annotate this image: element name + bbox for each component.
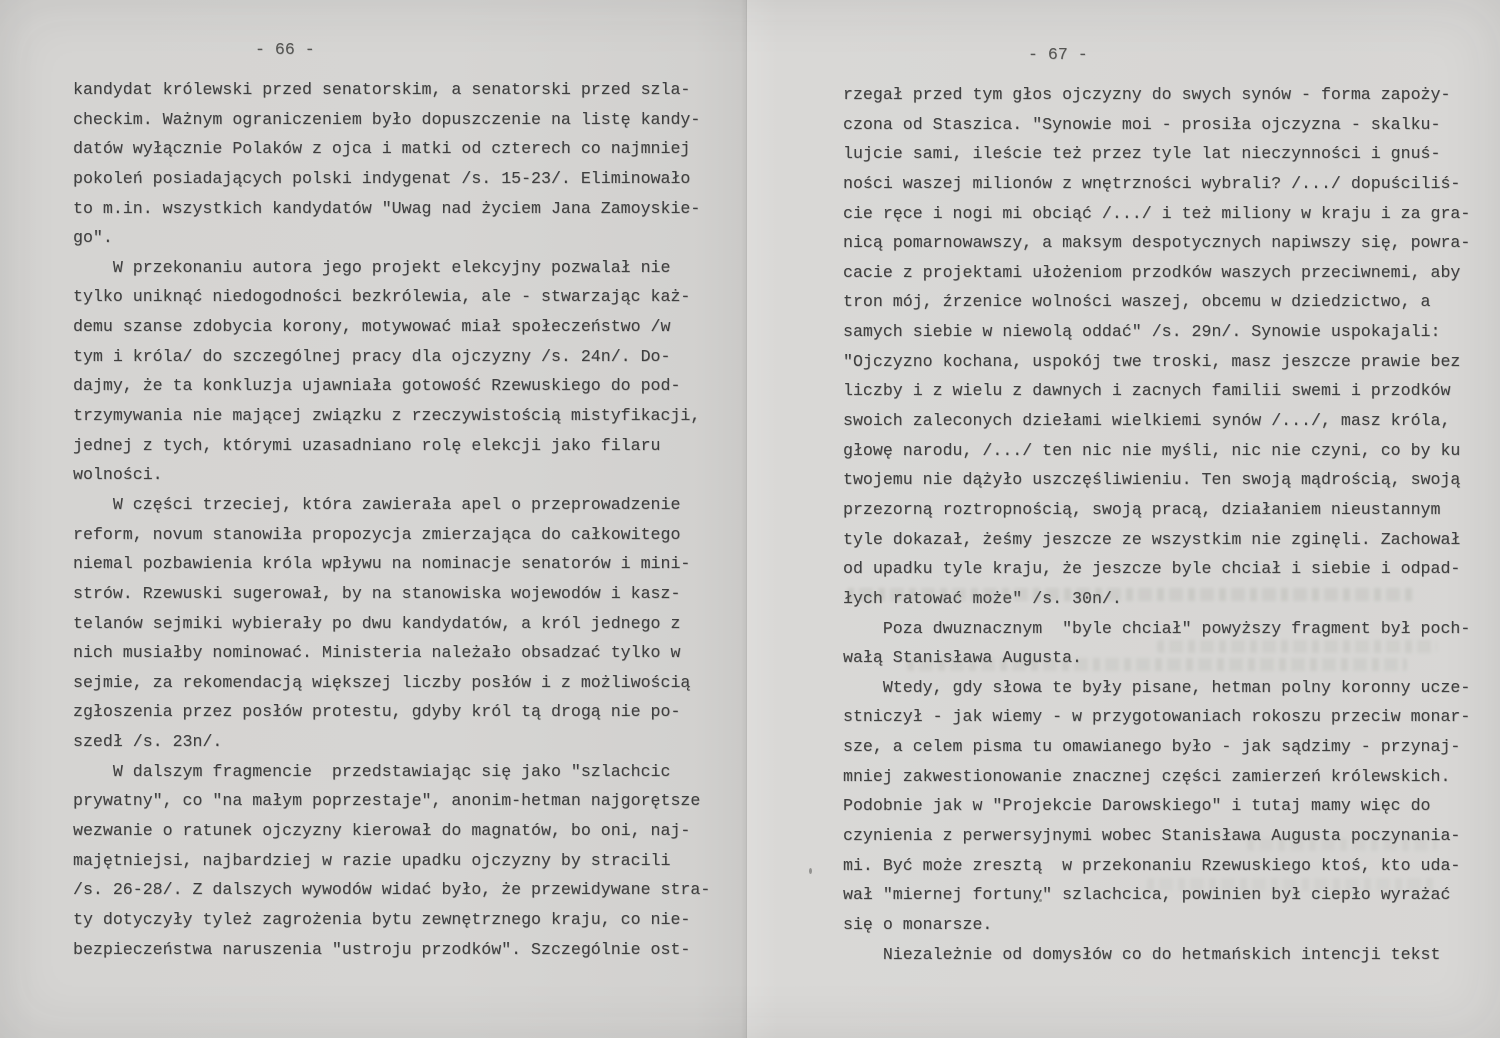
text-line: samych siebie w niewolą oddać" /s. 29n/.… <box>843 317 1493 347</box>
text-line: checkim. Ważnym ograniczeniem było dopus… <box>73 105 723 135</box>
right-page-text-block: rzegał przed tym głos ojczyzny do swych … <box>843 80 1493 969</box>
text-line: liczby i z wielu z dawnych i zacnych fam… <box>843 376 1493 406</box>
left-page-text-block: kandydat królewski przed senatorskim, a … <box>73 75 723 964</box>
text-line: tron mój, źrzenice wolności waszej, obce… <box>843 287 1493 317</box>
text-line: pokoleń posiadających polski indygenat /… <box>73 164 723 194</box>
text-line: prywatny", co "na małym poprzestaje", an… <box>73 786 723 816</box>
text-line: stniczył - jak wiemy - w przygotowaniach… <box>843 702 1493 732</box>
text-line: zgłoszenia przez posłów protestu, gdyby … <box>73 697 723 727</box>
text-line: czona od Staszica. "Synowie moi - prosił… <box>843 110 1493 140</box>
text-line: W przekonaniu autora jego projekt elekcy… <box>73 253 723 283</box>
text-line: W dalszym fragmencie przedstawiając się … <box>73 757 723 787</box>
text-line: Wtedy, gdy słowa te były pisane, hetman … <box>843 673 1493 703</box>
text-line: łych ratować może" /s. 30n/. <box>843 584 1493 614</box>
scan-speck <box>1039 899 1042 902</box>
text-line: go". <box>73 223 723 253</box>
text-line: wał "miernej fortuny" szlachcica, powini… <box>843 880 1493 910</box>
right-page: - 67 - rzegał przed tym głos ojczyzny do… <box>746 0 1500 1038</box>
text-line: tym i króla/ do szczególnej pracy dla oj… <box>73 342 723 372</box>
text-line: cacie z projektami ułożeniom przodków wa… <box>843 258 1493 288</box>
text-line: niemal pozbawienia króla wpływu na nomin… <box>73 549 723 579</box>
text-line: to m.in. wszystkich kandydatów "Uwag nad… <box>73 194 723 224</box>
text-line: wałą Stanisława Augusta. <box>843 643 1493 673</box>
text-line: W części trzeciej, która zawierała apel … <box>73 490 723 520</box>
text-line: mi. Być może zresztą w przekonaniu Rzewu… <box>843 851 1493 881</box>
text-line: majętniejsi, najbardziej w razie upadku … <box>73 846 723 876</box>
text-line: strów. Rzewuski sugerował, by na stanowi… <box>73 579 723 609</box>
text-line: sejmie, za rekomendacją większej liczby … <box>73 668 723 698</box>
text-line: się o monarsze. <box>843 910 1493 940</box>
text-line: szedł /s. 23n/. <box>73 727 723 757</box>
scan-speck <box>809 868 812 874</box>
text-line: Niezależnie od domysłów co do hetmańskic… <box>843 940 1493 970</box>
text-line: swoich zaleconych dziełami wielkiemi syn… <box>843 406 1493 436</box>
text-line: datów wyłącznie Polaków z ojca i matki o… <box>73 134 723 164</box>
text-line: ności waszej milionów z wnętrzności wybr… <box>843 169 1493 199</box>
text-line: tylko uniknąć niedogodności bezkrólewia,… <box>73 282 723 312</box>
text-line: przezorną roztropnością, swoją pracą, dz… <box>843 495 1493 525</box>
text-line: twojemu nie dążyło uszczęśliwieniu. Ten … <box>843 465 1493 495</box>
text-line: lujcie sami, ileście też przez tyle lat … <box>843 139 1493 169</box>
text-line: jednej z tych, którymi uzasadniano rolę … <box>73 431 723 461</box>
left-page: - 66 - kandydat królewski przed senators… <box>0 0 746 1038</box>
text-line: reform, novum stanowiła propozycja zmier… <box>73 520 723 550</box>
text-line: kandydat królewski przed senatorskim, a … <box>73 75 723 105</box>
text-line: nich musiałby nominować. Ministeria nale… <box>73 638 723 668</box>
text-line: rzegał przed tym głos ojczyzny do swych … <box>843 80 1493 110</box>
text-line: /s. 26-28/. Z dalszych wywodów widać był… <box>73 875 723 905</box>
left-page-number: - 66 - <box>255 40 315 59</box>
text-line: demu szanse zdobycia korony, motywować m… <box>73 312 723 342</box>
text-line: sze, a celem pisma tu omawianego było - … <box>843 732 1493 762</box>
text-line: wezwanie o ratunek ojczyzny kierował do … <box>73 816 723 846</box>
text-line: wolności. <box>73 460 723 490</box>
right-page-number: - 67 - <box>1028 45 1088 64</box>
text-line: telanów sejmiki wybierały po dwu kandyda… <box>73 609 723 639</box>
text-line: Poza dwuznacznym "byle chciał" powyższy … <box>843 614 1493 644</box>
text-line: "Ojczyzno kochana, uspokój twe troski, m… <box>843 347 1493 377</box>
text-line: czynienia z perwersyjnymi wobec Stanisła… <box>843 821 1493 851</box>
text-line: mniej zakwestionowanie znacznej części z… <box>843 762 1493 792</box>
text-line: tyle dokazał, żeśmy jeszcze ze wszystkim… <box>843 525 1493 555</box>
text-line: trzymywania nie mającej związku z rzeczy… <box>73 401 723 431</box>
text-line: dajmy, że ta konkluzja ujawniała gotowoś… <box>73 371 723 401</box>
text-line: cie ręce i nogi mi obciąć /.../ i też mi… <box>843 199 1493 229</box>
text-line: nicą pomarnowawszy, a maksym despotyczny… <box>843 228 1493 258</box>
text-line: od upadku tyle kraju, że jeszcze byle ch… <box>843 554 1493 584</box>
text-line: Podobnie jak w "Projekcie Darowskiego" i… <box>843 791 1493 821</box>
text-line: ty dotyczyły tyleż zagrożenia bytu zewnę… <box>73 905 723 935</box>
text-line: głowę narodu, /.../ ten nic nie myśli, n… <box>843 436 1493 466</box>
text-line: bezpieczeństwa naruszenia "ustroju przod… <box>73 935 723 965</box>
